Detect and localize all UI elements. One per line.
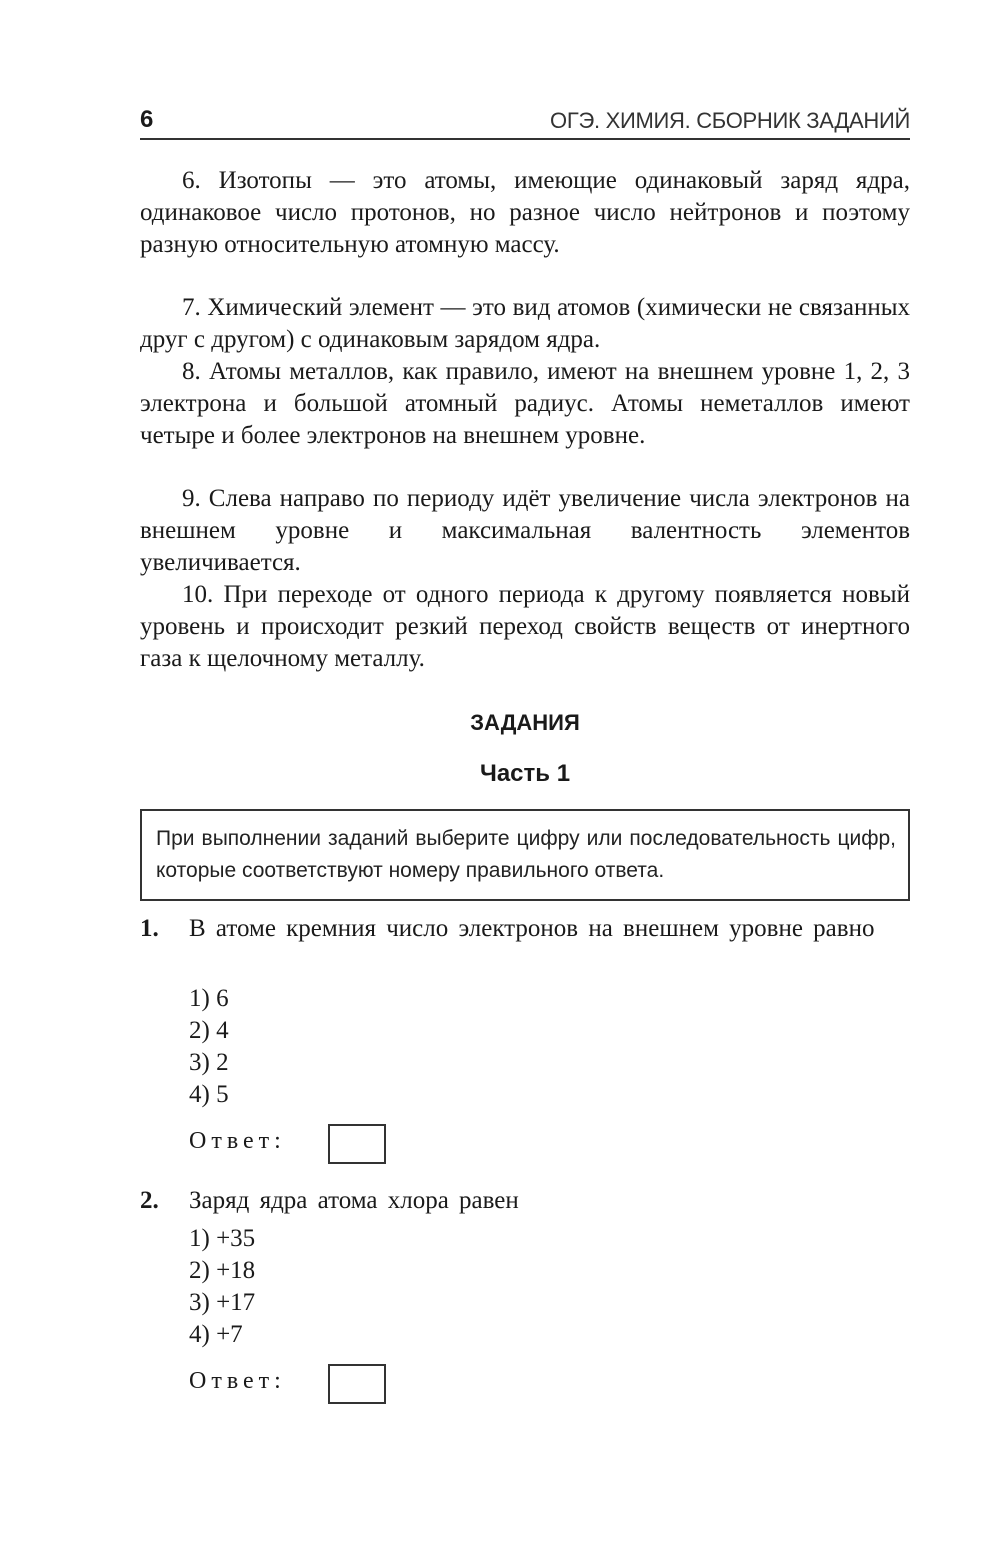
answer-option: 3) 2 xyxy=(189,1047,229,1079)
theory-point-7: 7. Химический элемент — это вид атомов (… xyxy=(140,292,910,356)
task-number: 1. xyxy=(140,913,159,945)
theory-point-8: 8. Атомы металлов, как правило, имеют на… xyxy=(140,356,910,452)
theory-point-9: 9. Слева направо по периоду идёт увеличе… xyxy=(140,483,910,579)
answer-option: 3) +17 xyxy=(189,1287,255,1319)
section-heading: ЗАДАНИЯ xyxy=(140,710,910,736)
task-number: 2. xyxy=(140,1185,159,1217)
answer-option: 1) 6 xyxy=(189,983,229,1015)
task-question: В атоме кремния число электронов на внеш… xyxy=(189,913,910,945)
answer-option: 1) +35 xyxy=(189,1223,255,1255)
answer-option: 2) 4 xyxy=(189,1015,229,1047)
running-header: 6 ОГЭ. ХИМИЯ. СБОРНИК ЗАДАНИЙ xyxy=(140,104,910,140)
answer-option: 2) +18 xyxy=(189,1255,255,1287)
answer-box[interactable] xyxy=(328,1124,386,1164)
answer-options: 1) 6 2) 4 3) 2 4) 5 xyxy=(189,983,229,1111)
book-title: ОГЭ. ХИМИЯ. СБОРНИК ЗАДАНИЙ xyxy=(550,108,910,134)
theory-point-6: 6. Изотопы — это атомы, имеющие одинаков… xyxy=(140,165,910,261)
answer-option: 4) +7 xyxy=(189,1319,255,1351)
instruction-text: При выполнении заданий выберите цифру ил… xyxy=(156,823,896,887)
instruction-box: При выполнении заданий выберите цифру ил… xyxy=(140,809,910,901)
page-number: 6 xyxy=(140,106,153,134)
answer-option: 4) 5 xyxy=(189,1079,229,1111)
part-heading: Часть 1 xyxy=(140,760,910,788)
answer-label: Ответ: xyxy=(189,1128,286,1155)
theory-point-10: 10. При переходе от одного периода к дру… xyxy=(140,579,910,675)
answer-box[interactable] xyxy=(328,1364,386,1404)
answer-options: 1) +35 2) +18 3) +17 4) +7 xyxy=(189,1223,255,1351)
task-question: Заряд ядра атома хлора равен xyxy=(189,1185,910,1217)
answer-label: Ответ: xyxy=(189,1368,286,1395)
